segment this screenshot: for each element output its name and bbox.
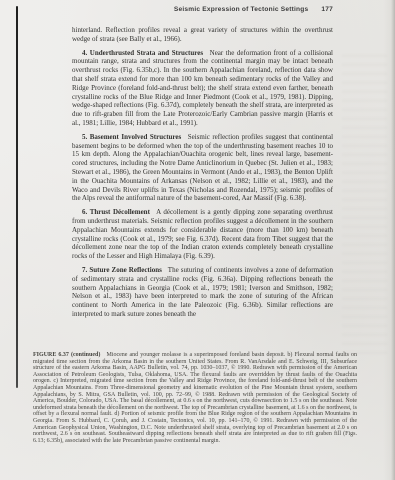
reverse-page-showthrough (342, 55, 387, 355)
section-basement-involved-structures-heading: 5. Basement Involved Structures (82, 133, 181, 141)
page-number: 177 (321, 6, 333, 13)
section-thrust-decollement: 6. Thrust Décollement A décollement is a… (72, 208, 333, 261)
section-basement-involved-structures: 5. Basement Involved Structures Seismic … (72, 133, 333, 203)
paragraph-intro-text: hinterland. Reflection profiles reveal a… (72, 26, 333, 43)
paragraph-intro: hinterland. Reflection profiles reveal a… (72, 26, 333, 44)
section-suture-zone-reflections: 7. Suture Zone Reflections The suturing … (72, 266, 333, 319)
figure-caption-lead: FIGURE 6.37 (continued) (33, 352, 100, 358)
body-text-column: hinterland. Reflection profiles reveal a… (72, 26, 333, 324)
page-gutter-line (16, 6, 18, 388)
page-right-edge (391, 0, 395, 480)
running-title: Seismic Expression of Tectonic Settings (174, 6, 308, 13)
section-underthrusted-strata-heading: 4. Underthrusted Strata and Structures (82, 49, 203, 57)
running-header: Seismic Expression of Tectonic Settings … (174, 6, 333, 13)
figure-caption: FIGURE 6.37 (continued) Miocene and youn… (33, 352, 357, 444)
section-underthrusted-strata-text: Near the deformation front of a collisio… (72, 49, 333, 127)
section-underthrusted-strata: 4. Underthrusted Strata and Structures N… (72, 49, 333, 128)
figure-caption-text: Miocene and younger molasse is a superim… (33, 352, 357, 444)
scanned-page: Seismic Expression of Tectonic Settings … (0, 0, 395, 480)
section-suture-zone-reflections-heading: 7. Suture Zone Reflections (82, 266, 162, 274)
section-basement-involved-structures-text: Seismic reflection profiles suggest that… (72, 133, 333, 203)
section-thrust-decollement-heading: 6. Thrust Décollement (82, 208, 150, 216)
